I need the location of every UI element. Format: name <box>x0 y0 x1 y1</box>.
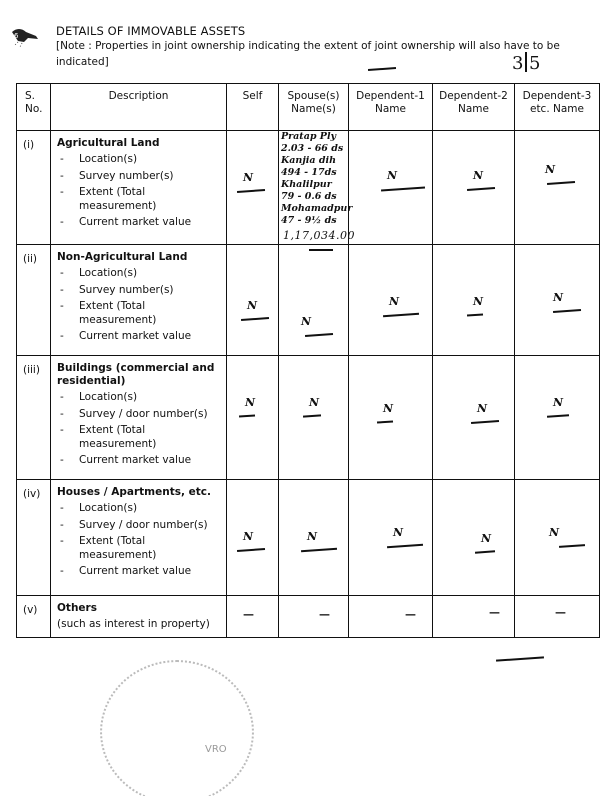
cell-spouse: Pratap Ply 2.03 - 66 ds Kanjia dih 494 -… <box>279 131 349 245</box>
table-row: (i) Agricultural Land Location(s) Survey… <box>17 131 600 245</box>
nil-mark: N <box>389 295 419 316</box>
official-seal-stamp <box>100 660 254 796</box>
dash-mark: — <box>555 606 566 619</box>
svg-text:6: 6 <box>14 32 19 40</box>
cell-dependent-1: N <box>349 245 433 356</box>
cell-spouse: N <box>279 480 349 596</box>
row-description: Buildings (commercial and residential) L… <box>51 356 227 480</box>
header-sno: S. No. <box>17 84 51 131</box>
sub-item: Current market value <box>57 216 222 230</box>
cell-self: N <box>227 356 279 480</box>
dash-mark: — <box>489 606 500 619</box>
category-label: Non-Agricultural Land <box>57 251 222 264</box>
page-number-right: 5 <box>529 53 540 74</box>
header-description: Description <box>51 84 227 131</box>
nil-mark: N <box>243 530 265 551</box>
cell-self: — <box>227 596 279 638</box>
cell-dependent-2: N <box>433 245 515 356</box>
cell-dependent-3: N <box>515 245 600 356</box>
cell-self: NilN <box>227 131 279 245</box>
handwritten-line: 79 - 0.6 ds <box>281 191 346 203</box>
row-description: Houses / Apartments, etc. Location(s) Su… <box>51 480 227 596</box>
cell-self: N <box>227 480 279 596</box>
cell-dependent-2: — <box>433 596 515 638</box>
sub-item: Location(s) <box>57 502 222 516</box>
dash-mark: — <box>405 608 416 621</box>
table-row: (iv) Houses / Apartments, etc. Location(… <box>17 480 600 596</box>
dash-mark: — <box>243 608 254 621</box>
category-label: Others <box>57 602 222 615</box>
handwritten-line: Mohamadpur <box>281 203 346 215</box>
sub-item: Current market value <box>57 565 222 579</box>
sub-item: Survey number(s) <box>57 170 222 184</box>
handwritten-line: 2.03 - 66 ds <box>281 143 346 155</box>
header-dependent-3: Dependent-3 etc. Name <box>515 84 600 131</box>
cell-dependent-2: N <box>433 356 515 480</box>
handwritten-line: Pratap Ply <box>281 131 346 143</box>
nil-mark: N <box>393 526 423 547</box>
row-sno: (ii) <box>17 245 51 356</box>
nil-mark: N <box>301 315 333 336</box>
nil-mark: N <box>309 396 321 417</box>
category-subtext: (such as interest in property) <box>57 618 222 631</box>
nil-mark: N <box>553 291 581 312</box>
header-dependent-2: Dependent-2 Name <box>433 84 515 131</box>
nil-mark: N <box>553 396 569 417</box>
sub-item: Location(s) <box>57 391 222 405</box>
cell-dependent-1: N <box>349 480 433 596</box>
table-header-row: S. No. Description Self Spouse(s) Name(s… <box>17 84 600 131</box>
nil-mark: N <box>387 169 425 190</box>
page-number-left: 3 <box>512 53 523 74</box>
nil-mark: N <box>545 163 575 184</box>
section-title: DETAILS OF IMMOVABLE ASSETS <box>56 24 245 38</box>
cell-dependent-1: N <box>349 131 433 245</box>
category-label: Houses / Apartments, etc. <box>57 486 222 499</box>
nil-mark: N <box>549 526 585 547</box>
category-label: Buildings (commercial and residential) <box>57 362 222 388</box>
sub-item: Current market value <box>57 454 222 468</box>
row-description: Agricultural Land Location(s) Survey num… <box>51 131 227 245</box>
sub-item: Location(s) <box>57 153 222 167</box>
handwritten-dash <box>309 249 333 251</box>
handwritten-dash <box>496 656 544 661</box>
cell-dependent-2: N <box>433 131 515 245</box>
nil-mark: N <box>307 530 337 551</box>
header-self: Self <box>227 84 279 131</box>
sub-item: Location(s) <box>57 267 222 281</box>
sub-item: Survey / door number(s) <box>57 408 222 422</box>
cell-self: N <box>227 245 279 356</box>
row-sno: (i) <box>17 131 51 245</box>
cell-dependent-1: N <box>349 356 433 480</box>
nil-mark: N <box>473 169 495 190</box>
cell-dependent-3: N <box>515 356 600 480</box>
row-sno: (iii) <box>17 356 51 480</box>
row-sno: (v) <box>17 596 51 638</box>
nil-mark: N <box>247 299 269 320</box>
nil-mark: N <box>473 295 483 316</box>
spouse-market-value: 1,17,034.00 <box>283 229 355 242</box>
sub-item: Extent (Total measurement) <box>57 424 222 451</box>
cell-spouse: N <box>279 356 349 480</box>
cell-spouse: — <box>279 596 349 638</box>
dash-mark: — <box>319 608 330 621</box>
sub-item: Extent (Total measurement) <box>57 535 222 562</box>
cell-spouse: N <box>279 245 349 356</box>
row-description: Others (such as interest in property) <box>51 596 227 638</box>
table-row: (iii) Buildings (commercial and resident… <box>17 356 600 480</box>
page-number: 35 <box>512 52 540 74</box>
nil-mark: N <box>481 532 495 553</box>
cell-dependent-3: — <box>515 596 600 638</box>
nil-mark: N <box>383 402 393 423</box>
nil-mark: N <box>477 402 499 423</box>
spouse-land-details: Pratap Ply 2.03 - 66 ds Kanjia dih 494 -… <box>279 131 348 227</box>
sub-item: Extent (Total measurement) <box>57 300 222 327</box>
handwritten-line: 47 - 9½ ds <box>281 215 346 227</box>
category-label: Agricultural Land <box>57 137 222 150</box>
cell-dependent-3: N <box>515 131 600 245</box>
sub-item: Survey number(s) <box>57 284 222 298</box>
table-row: (ii) Non-Agricultural Land Location(s) S… <box>17 245 600 356</box>
sub-item: Extent (Total measurement) <box>57 186 222 213</box>
cell-dependent-1: — <box>349 596 433 638</box>
sub-item: Current market value <box>57 330 222 344</box>
sub-item: Survey / door number(s) <box>57 519 222 533</box>
cell-dependent-3: N <box>515 480 600 596</box>
nil-mark: N <box>245 396 255 417</box>
header-dependent-1: Dependent-1 Name <box>349 84 433 131</box>
handwritten-line: 494 - 17ds <box>281 167 346 179</box>
stamp-text: VRO <box>205 744 227 755</box>
header-spouse: Spouse(s) Name(s) <box>279 84 349 131</box>
row-sno: (iv) <box>17 480 51 596</box>
immovable-assets-table: S. No. Description Self Spouse(s) Name(s… <box>16 83 600 638</box>
handwritten-line: Khalilpur <box>281 179 346 191</box>
pointing-hand-icon: 6 <box>8 26 48 48</box>
cell-dependent-2: N <box>433 480 515 596</box>
handwritten-line: Kanjia dih <box>281 155 346 167</box>
nil-mark: NilN <box>243 171 265 192</box>
row-description: Non-Agricultural Land Location(s) Survey… <box>51 245 227 356</box>
table-row: (v) Others (such as interest in property… <box>17 596 600 638</box>
